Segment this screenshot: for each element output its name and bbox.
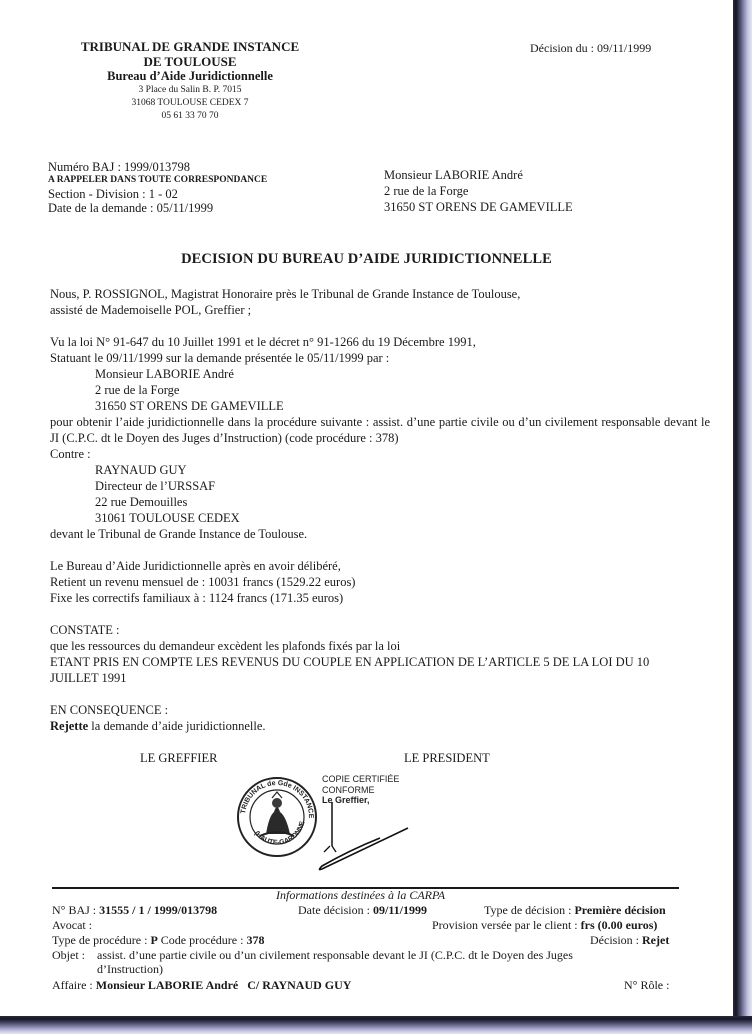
handwritten-signature-icon [310,790,420,875]
page-shadow-bottom [0,1016,752,1034]
carpa-type-decision: Type de décision : Première décision [484,903,666,917]
intro-line1: Nous, P. ROSSIGNOL, Magistrat Honoraire … [50,286,710,302]
carpa-type-procedure: Type de procédure : P Code procédure : 3… [52,933,264,947]
carpa-date-decision: Date décision : 09/11/1999 [298,903,427,917]
applicant-name: Monsieur LABORIE André [50,366,710,382]
provision-label: Provision versée par le client : [432,918,581,932]
carpa-objet-line2: d’Instruction) [97,962,163,976]
president-label: LE PRESIDENT [404,751,490,766]
applicant-street: 2 rue de la Forge [50,382,710,398]
bureau-name: Bureau d’Aide Juridictionnelle [50,69,330,84]
carpa-baj: N° BAJ : 31555 / 1 / 1999/013798 [52,903,217,917]
document-page: TRIBUNAL DE GRANDE INSTANCE DE TOULOUSE … [0,0,733,1016]
court-venue: devant le Tribunal de Grande Instance de… [50,526,710,542]
court-seal-icon: TRIBUNAL de Gde INSTANCE de TOULOUSE (HA… [236,776,318,858]
date-decision-label: Date décision : [298,903,373,917]
intro-line2: assisté de Mademoiselle POL, Greffier ; [50,302,710,318]
consequence-label: EN CONSEQUENCE : [50,702,710,718]
court-phone: 05 61 33 70 70 [50,110,330,123]
type-decision-value: Première décision [574,903,665,917]
court-address-line1: 3 Place du Salin B. P. 7015 [50,84,330,97]
greffier-label: LE GREFFIER [140,751,217,766]
recipient-name: Monsieur LABORIE André [384,167,573,183]
certified-line1: COPIE CERTIFIÉE [322,774,399,785]
statuant-line: Statuant le 09/11/1999 sur la demande pr… [50,350,710,366]
provision-value: frs (0.00 euros) [581,918,658,932]
decision-label: Décision : [590,933,642,947]
court-address-line2: 31068 TOULOUSE CEDEX 7 [50,97,330,110]
date-decision-value: 09/11/1999 [373,903,427,917]
monthly-income: Retient un revenu mensuel de : 10031 fra… [50,574,710,590]
opponent-name: RAYNAUD GUY [50,462,710,478]
carpa-decision: Décision : Rejet [590,933,669,947]
rejette-rest: la demande d’aide juridictionnelle. [88,719,265,733]
type-decision-label: Type de décision : [484,903,574,917]
applicant-city: 31650 ST ORENS DE GAMEVILLE [50,398,710,414]
section-division: Section - Division : 1 - 02 [48,187,267,201]
numero-baj: Numéro BAJ : 1999/013798 [48,160,267,174]
court-name-line1: TRIBUNAL DE GRANDE INSTANCE [50,39,330,54]
court-header: TRIBUNAL DE GRANDE INSTANCE DE TOULOUSE … [50,39,330,123]
carpa-objet-label: Objet : [52,948,85,962]
opponent-street: 22 rue Demouilles [50,494,710,510]
carpa-role: N° Rôle : [624,978,669,992]
baj-label: N° BAJ : [52,903,99,917]
procedure-purpose: pour obtenir l’aide juridictionnelle dan… [50,414,710,446]
rejection-statement: Rejette la demande d’aide juridictionnel… [50,718,710,734]
reminder-note: A RAPPELER DANS TOUTE CORRESPONDANCE [48,174,267,187]
document-title: DECISION DU BUREAU D’AIDE JURIDICTIONNEL… [0,251,733,268]
affaire-value: Monsieur LABORIE André [96,978,238,992]
court-name-line2: DE TOULOUSE [50,54,330,69]
carpa-provision: Provision versée par le client : frs (0.… [432,918,657,932]
constate-line2: ETANT PRIS EN COMPTE LES REVENUS DU COUP… [50,654,690,686]
typeproc-label: Type de procédure : [52,933,150,947]
deliberation-line: Le Bureau d’Aide Juridictionnelle après … [50,558,710,574]
baj-value: 31555 / 1 / 1999/013798 [99,903,217,917]
rejette-word: Rejette [50,719,88,733]
affaire-contre: C/ RAYNAUD GUY [247,978,351,992]
legal-basis: Vu la loi N° 91-647 du 10 Juillet 1991 e… [50,334,710,350]
recipient-city: 31650 ST ORENS DE GAMEVILLE [384,199,573,215]
recipient-address: Monsieur LABORIE André 2 rue de la Forge… [384,167,573,215]
constate-line1: que les ressources du demandeur excèdent… [50,638,710,654]
codeproc-value: 378 [246,933,264,947]
contre-label: Contre : [50,446,710,462]
reference-block: Numéro BAJ : 1999/013798 A RAPPELER DANS… [48,160,267,215]
opponent-city: 31061 TOULOUSE CEDEX [50,510,710,526]
constate-label: CONSTATE : [50,622,710,638]
page-shadow-right [733,0,752,1034]
recipient-street: 2 rue de la Forge [384,183,573,199]
decision-value: Rejet [642,933,669,947]
carpa-avocat: Avocat : [52,918,92,932]
typeproc-value: P [150,933,157,947]
decision-body: Nous, P. ROSSIGNOL, Magistrat Honoraire … [50,286,710,734]
carpa-objet-line1: assist. d’une partie civile ou d’un civi… [97,948,573,962]
date-demande: Date de la demande : 05/11/1999 [48,201,267,215]
affaire-label: Affaire : [52,978,96,992]
opponent-title: Directeur de l’URSSAF [50,478,710,494]
family-correctives: Fixe les correctifs familiaux à : 1124 f… [50,590,710,606]
carpa-affaire: Affaire : Monsieur LABORIE André C/ RAYN… [52,978,351,992]
carpa-title: Informations destinées à la CARPA [276,888,445,903]
codeproc-label: Code procédure : [158,933,247,947]
decision-date: Décision du : 09/11/1999 [530,41,651,56]
